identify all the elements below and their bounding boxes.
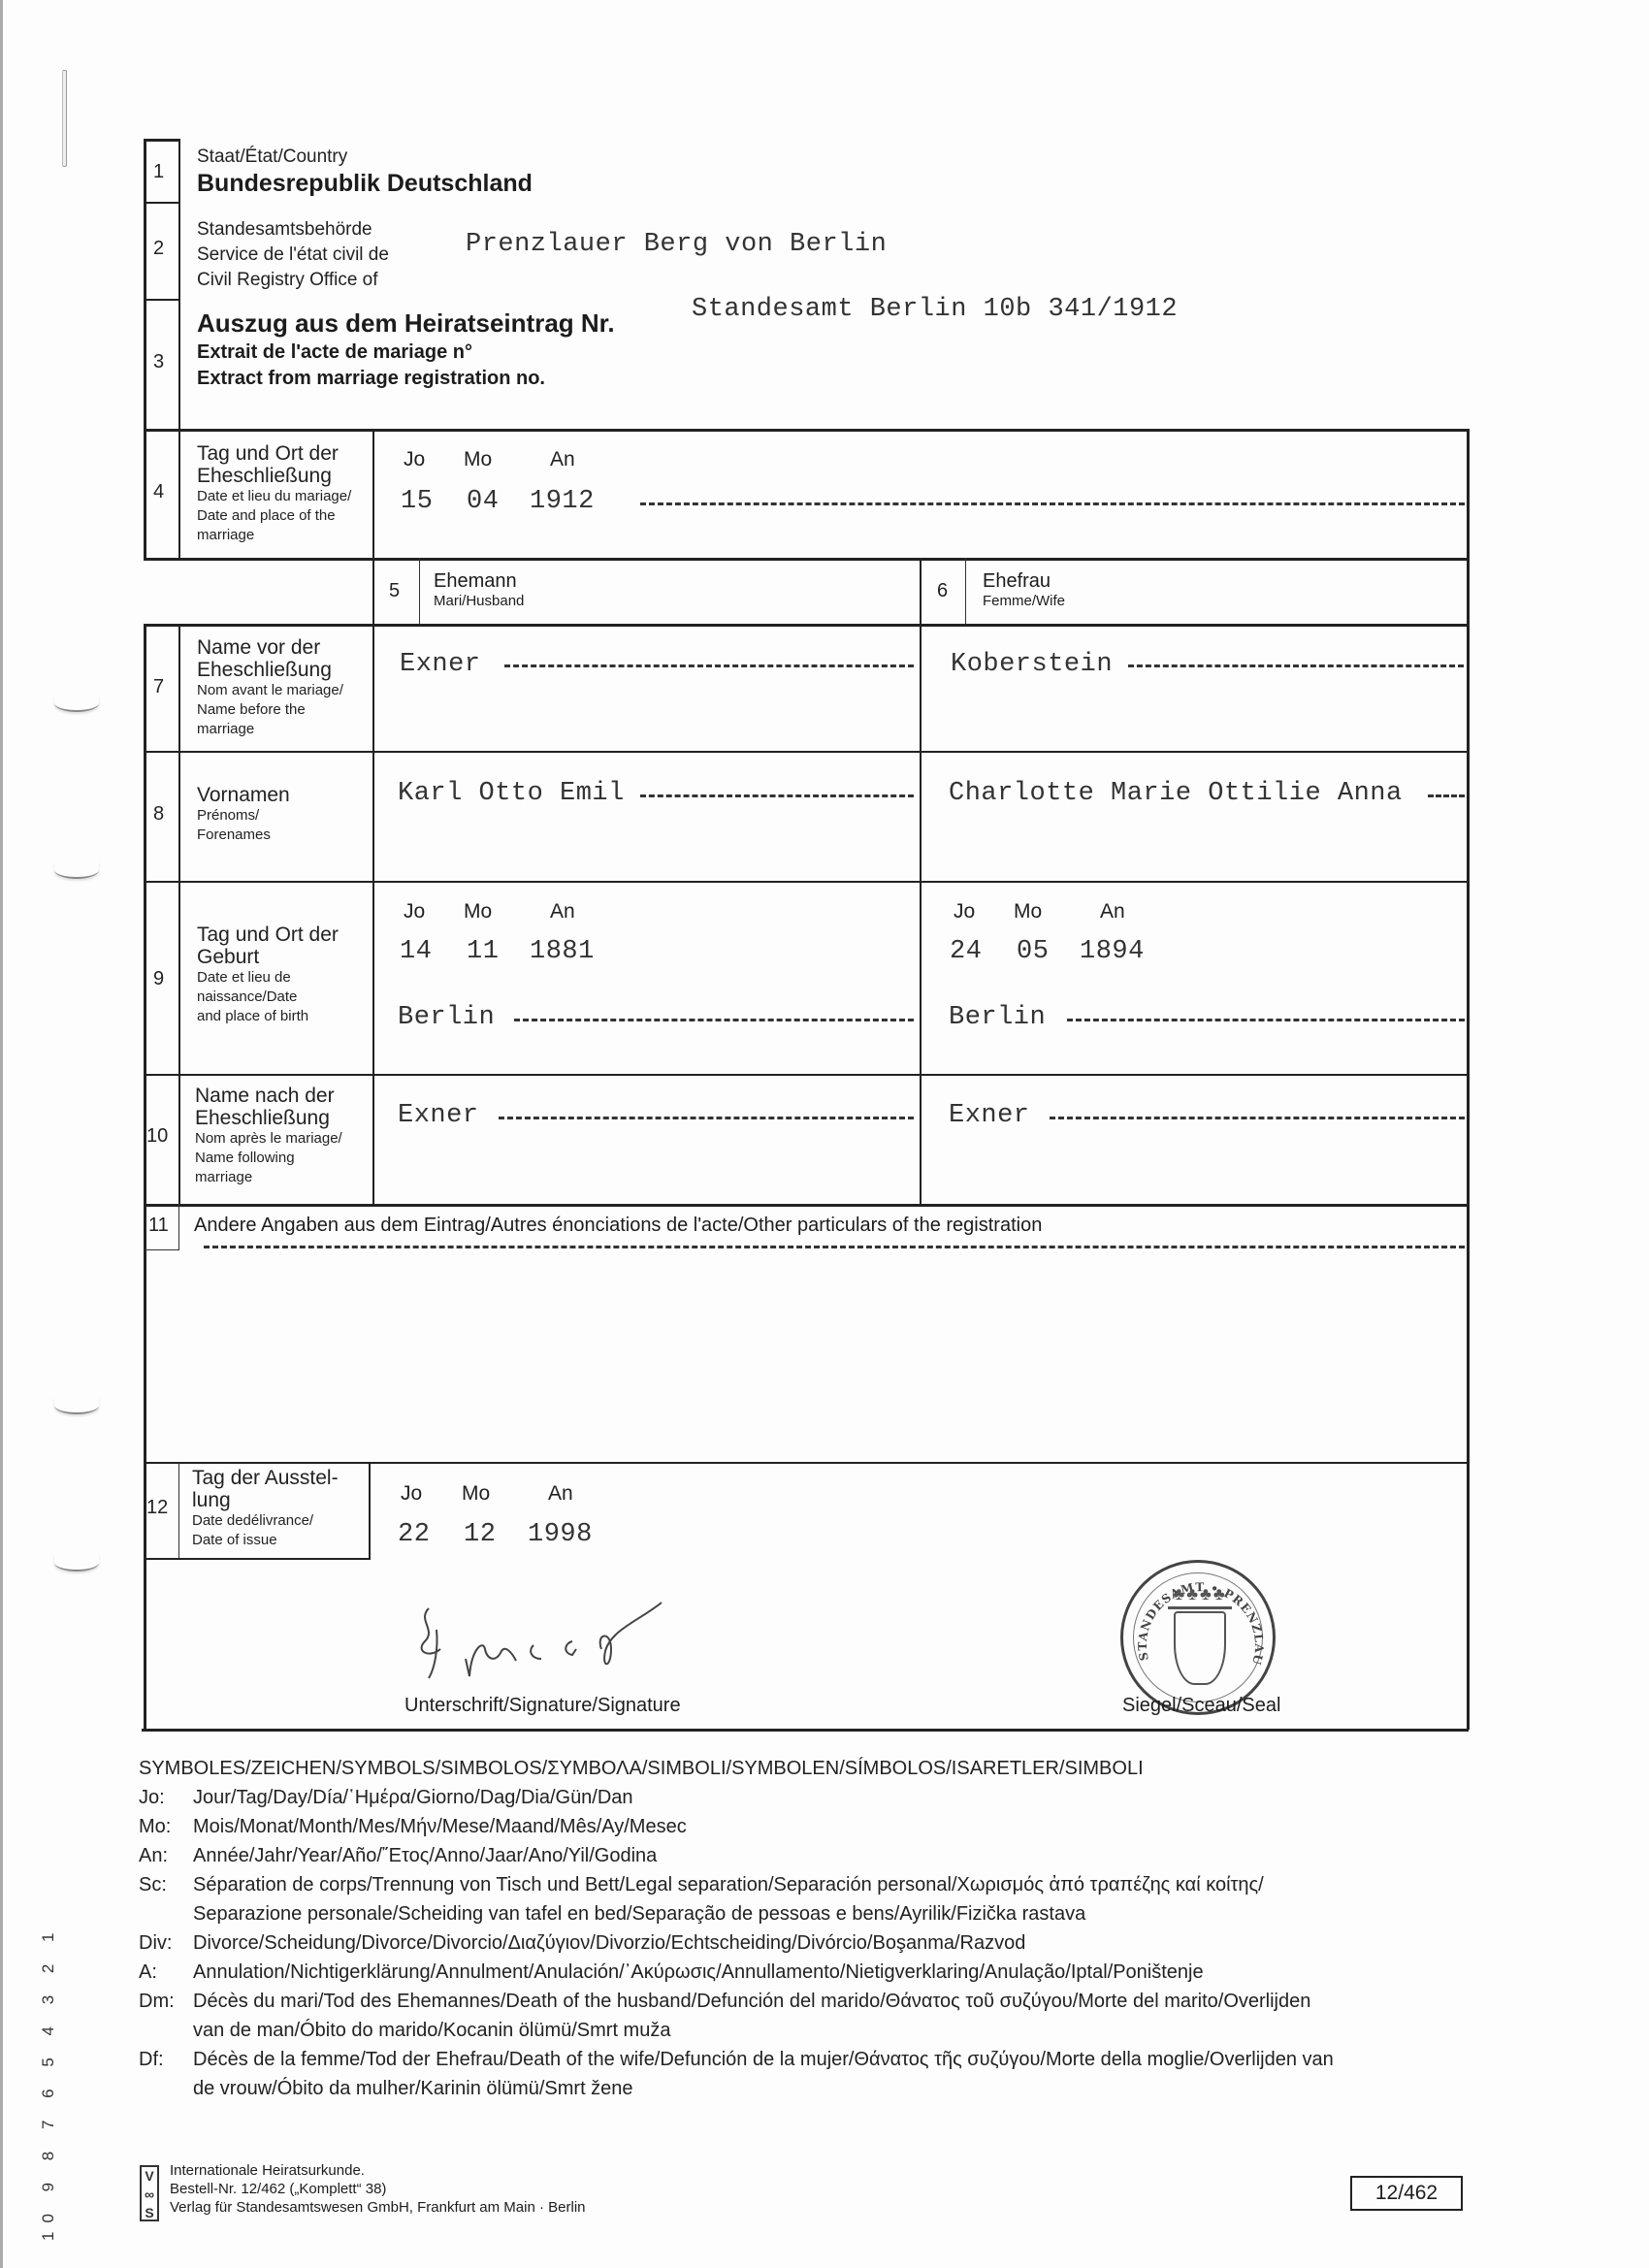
other-particulars-label: Andere Angaben aus dem Eintrag/Autres én… <box>194 1215 1042 1237</box>
legend-item: Sc:Séparation de corps/Trennung von Tisc… <box>139 1870 1477 1928</box>
legend-item: An:Année/Jahr/Year/Año/῎Ετος/Anno/Jaar/A… <box>139 1841 1477 1870</box>
wife-name-after: Exner <box>949 1101 1030 1130</box>
fill-dashes <box>640 794 914 797</box>
name-before-label: Name vor der Eheschließung Nom avant le … <box>197 636 343 739</box>
legend-item: Div:Divorce/Scheidung/Divorce/Divorcio/Δ… <box>139 1928 1477 1958</box>
wife-forenames: Charlotte Marie Ottilie Anna <box>949 779 1403 808</box>
scan-edge <box>0 0 3 2268</box>
punch-hole <box>54 861 99 879</box>
legend-key: Mo: <box>139 1812 193 1841</box>
registry-office-label: Standesamtsbehörde Service de l'état civ… <box>197 217 389 293</box>
legend-value: Annulation/Nichtigerklärung/Annulment/An… <box>193 1958 1477 1987</box>
publisher-logo: V∞S <box>140 2165 159 2221</box>
fill-dashes <box>514 1019 914 1021</box>
fill-dashes <box>1128 664 1464 667</box>
husband-name-before: Exner <box>400 650 481 679</box>
field-number: 12 <box>146 1497 168 1519</box>
issue-date-label: Tag der Ausstel- lung Date dedélivrance/… <box>192 1467 339 1550</box>
field-number: 3 <box>153 351 164 373</box>
field-number: 1 <box>153 161 164 183</box>
signature-mark <box>407 1591 795 1698</box>
field-number: 10 <box>146 1125 168 1148</box>
field-number: 6 <box>937 580 948 602</box>
publisher-info: Internationale Heiratsurkunde. Bestell-N… <box>170 2161 586 2217</box>
husband-name-after: Exner <box>398 1101 479 1130</box>
legend-title: SYMBOLES/ZEICHEN/SYMBOLS/SIMBOLOS/ΣΥΜΒΟΛ… <box>139 1754 1477 1783</box>
country-value: Bundesrepublik Deutschland <box>197 170 533 198</box>
country-label: Staat/État/Country <box>197 146 347 168</box>
registry-office-value: Prenzlauer Berg von Berlin <box>466 230 887 259</box>
wife-header: Ehefrau Femme/Wife <box>983 570 1065 609</box>
seal-label: Siegel/Sceau/Seal <box>1122 1695 1280 1717</box>
staple-mark <box>62 70 67 167</box>
legend-item: Mo:Mois/Monat/Month/Mes/Μήν/Mese/Maand/M… <box>139 1812 1477 1841</box>
punch-hole <box>54 695 99 712</box>
legend-key: Div: <box>139 1928 193 1958</box>
legend-key: An: <box>139 1841 193 1870</box>
registration-number: Standesamt Berlin 10b 341/1912 <box>692 295 1178 324</box>
field-number: 8 <box>153 803 164 826</box>
wife-name-before: Koberstein <box>951 650 1113 679</box>
legend-value: Divorce/Scheidung/Divorce/Divorcio/Διαζύ… <box>193 1928 1477 1958</box>
punch-hole <box>54 1554 99 1571</box>
birth-label: Tag und Ort der Geburt Date et lieu de n… <box>197 923 339 1026</box>
husband-birth-place: Berlin <box>398 1003 495 1032</box>
field-number: 4 <box>153 481 164 503</box>
field-number: 5 <box>389 580 400 602</box>
extract-subtitle: Extrait de l'acte de mariage n° Extract … <box>197 340 545 392</box>
fill-dashes <box>499 1117 914 1119</box>
legend-item: A:Annulation/Nichtigerklärung/Annulment/… <box>139 1958 1477 1987</box>
extract-title: Auszug aus dem Heiratseintrag Nr. <box>197 308 615 339</box>
fill-dashes <box>1428 794 1465 797</box>
fill-dashes <box>640 502 1465 505</box>
bear-crest-icon <box>1174 1611 1226 1685</box>
fill-dashes <box>1067 1019 1465 1021</box>
forenames-label: Vornamen Prénoms/ Forenames <box>197 784 290 845</box>
legend-key: Sc: <box>139 1870 193 1928</box>
legend-value: Décès du mari/Tod des Ehemannes/Death of… <box>193 1987 1477 2045</box>
legend-key: Jo: <box>139 1783 193 1812</box>
crown-icon: ♣♣♣♣ <box>1168 1584 1232 1609</box>
legend-item: Df:Décès de la femme/Tod der Ehefrau/Dea… <box>139 2045 1477 2103</box>
wife-birth-place: Berlin <box>949 1003 1046 1032</box>
official-seal: STANDESAMT • PRENZLAUER BERG ♣♣♣♣ <box>1120 1560 1276 1715</box>
field-number: 2 <box>153 238 164 260</box>
name-after-label: Name nach der Eheschließung Nom après le… <box>195 1085 342 1187</box>
field-number: 9 <box>153 968 164 990</box>
signature-label: Unterschrift/Signature/Signature <box>404 1695 681 1717</box>
husband-forenames: Karl Otto Emil <box>398 779 625 808</box>
legend-key: Dm: <box>139 1987 193 2045</box>
husband-header: Ehemann Mari/Husband <box>434 570 524 609</box>
fill-dashes <box>504 664 914 667</box>
marriage-date-label: Tag und Ort der Eheschließung Date et li… <box>197 442 351 545</box>
fill-dashes <box>204 1246 1465 1248</box>
legend-value: Décès de la femme/Tod der Ehefrau/Death … <box>193 2045 1477 2103</box>
symbols-legend: SYMBOLES/ZEICHEN/SYMBOLS/SIMBOLOS/ΣΥΜΒΟΛ… <box>139 1754 1477 2103</box>
legend-key: A: <box>139 1958 193 1987</box>
legend-value: Jour/Tag/Day/Día/῾Ημέρα/Giorno/Dag/Dia/G… <box>193 1783 1477 1812</box>
legend-value: Séparation de corps/Trennung von Tisch u… <box>193 1870 1477 1928</box>
fill-dashes <box>1050 1117 1465 1119</box>
field-number: 11 <box>148 1215 169 1237</box>
legend-key: Df: <box>139 2045 193 2103</box>
print-run-numbers: 10 9 8 7 6 5 4 3 2 1 <box>35 2047 64 2241</box>
punch-hole <box>54 1397 99 1414</box>
field-number: 7 <box>153 676 164 698</box>
legend-item: Jo:Jour/Tag/Day/Día/῾Ημέρα/Giorno/Dag/Di… <box>139 1783 1477 1812</box>
legend-value: Année/Jahr/Year/Año/῎Ετος/Anno/Jaar/Ano/… <box>193 1841 1477 1870</box>
legend-item: Dm:Décès du mari/Tod des Ehemannes/Death… <box>139 1987 1477 2045</box>
legend-value: Mois/Monat/Month/Mes/Μήν/Mese/Maand/Mês/… <box>193 1812 1477 1841</box>
form-number-box: 12/462 <box>1350 2176 1463 2211</box>
